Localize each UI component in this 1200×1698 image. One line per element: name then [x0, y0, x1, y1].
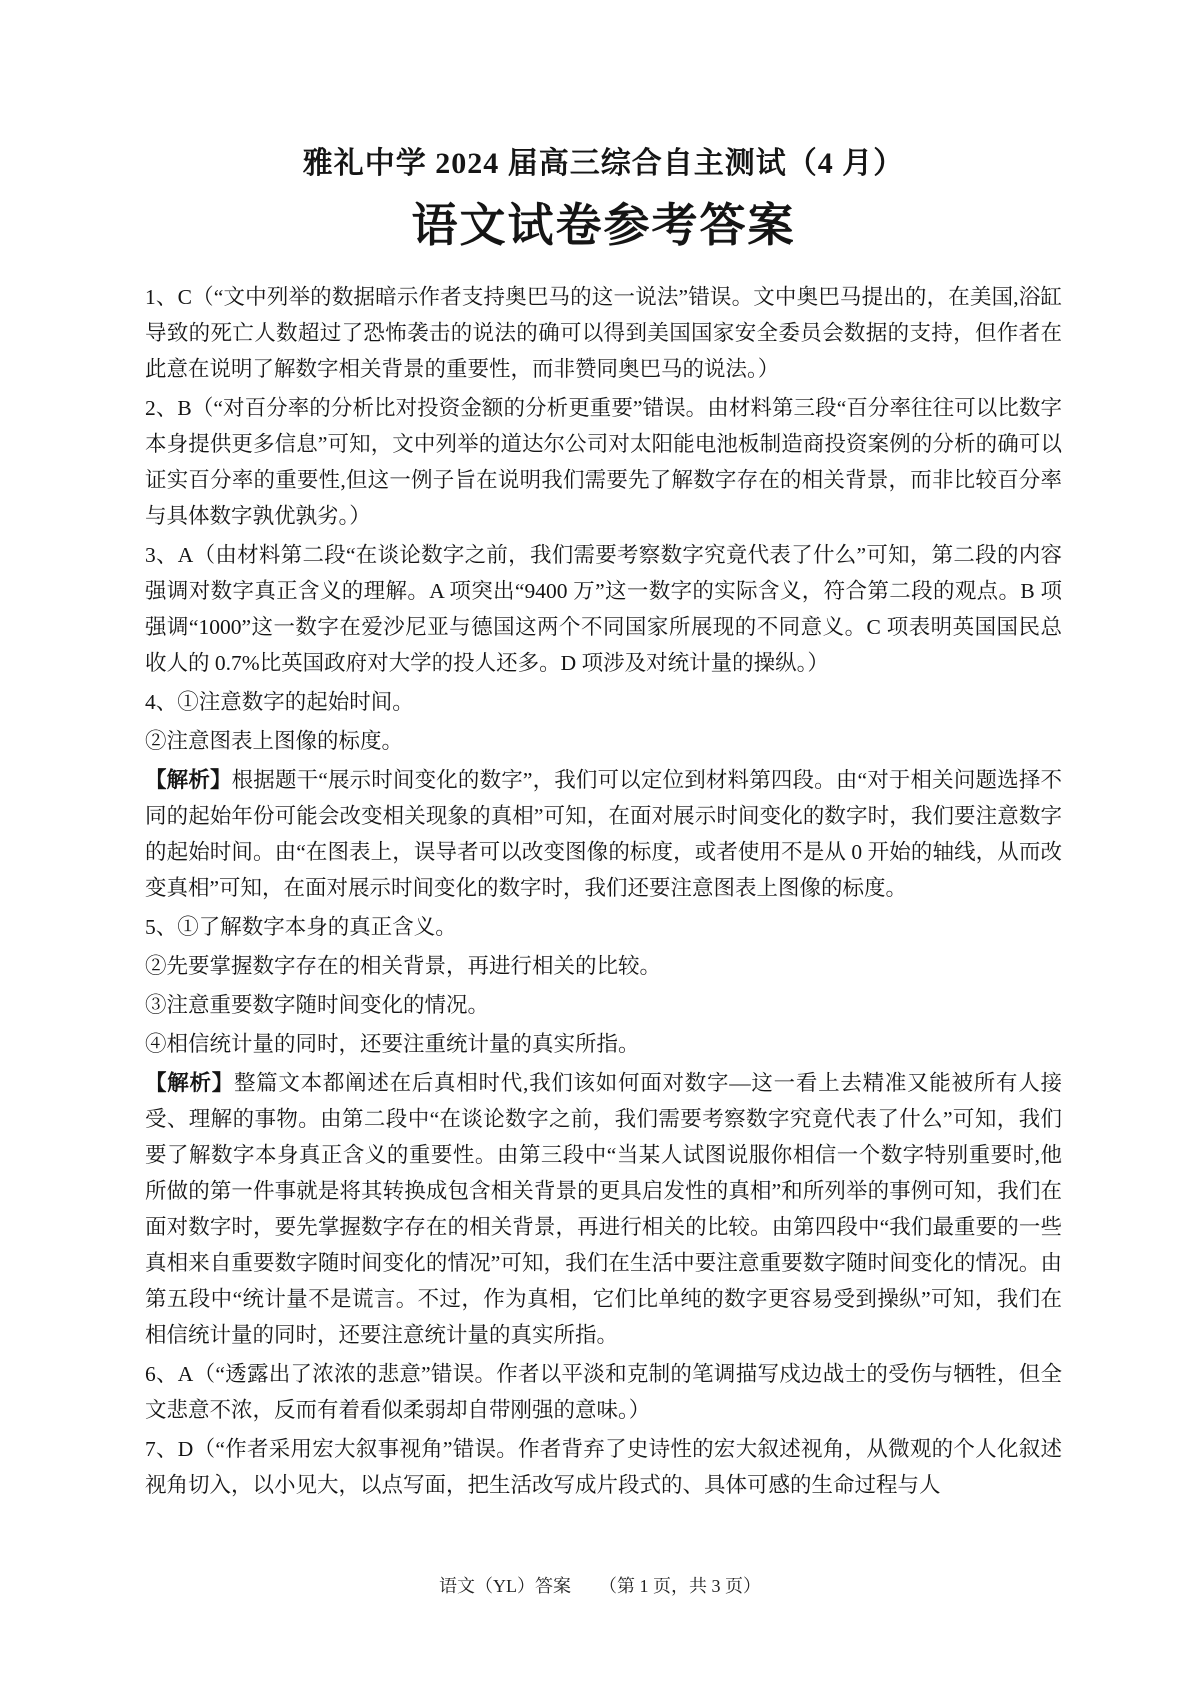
answer-paragraph: 3、A（由材料第二段“在谈论数字之前，我们需要考察数字究竟代表了什么”可知，第二…	[145, 537, 1062, 681]
answer-text: 整篇文本都阐述在后真相时代,我们该如何面对数字—这一看上去精准又能被所有人接受、…	[145, 1071, 1062, 1347]
answer-body: 1、C（“文中列举的数据暗示作者支持奥巴马的这一说法”错误。文中奥巴马提出的，在…	[145, 279, 1062, 1503]
answer-text: 根据题干“展示时间变化的数字”，我们可以定位到材料第四段。由“对于相关问题选择不…	[145, 768, 1062, 900]
answer-paragraph: ②先要掌握数字存在的相关背景，再进行相关的比较。	[145, 948, 1062, 984]
answer-text: 1、C（“文中列举的数据暗示作者支持奥巴马的这一说法”错误。文中奥巴马提出的，在…	[145, 285, 1062, 381]
answer-paragraph: ④相信统计量的同时，还要注重统计量的真实所指。	[145, 1026, 1062, 1062]
answer-paragraph: 6、A（“透露出了浓浓的悲意”错误。作者以平淡和克制的笔调描写戍边战士的受伤与牺…	[145, 1356, 1062, 1428]
footer-page-label: （第 1 页，共 3 页）	[599, 1576, 761, 1596]
answer-paragraph: 4、①注意数字的起始时间。	[145, 684, 1062, 720]
answer-paragraph: 【解析】整篇文本都阐述在后真相时代,我们该如何面对数字—这一看上去精准又能被所有…	[145, 1065, 1062, 1353]
analysis-label: 【解析】	[145, 1071, 234, 1095]
answer-paragraph: ③注意重要数字随时间变化的情况。	[145, 987, 1062, 1023]
answer-text: 2、B（“对百分率的分析比对投资金额的分析更重要”错误。由材料第三段“百分率往往…	[145, 396, 1062, 528]
answer-text: 3、A（由材料第二段“在谈论数字之前，我们需要考察数字究竟代表了什么”可知，第二…	[145, 543, 1062, 675]
page-footer: 语文（YL）答案（第 1 页，共 3 页）	[0, 1572, 1200, 1598]
answer-paragraph: 2、B（“对百分率的分析比对投资金额的分析更重要”错误。由材料第三段“百分率往往…	[145, 390, 1062, 534]
answer-text: 6、A（“透露出了浓浓的悲意”错误。作者以平淡和克制的笔调描写戍边战士的受伤与牺…	[145, 1362, 1062, 1422]
footer-doc-label: 语文（YL）答案	[439, 1576, 571, 1596]
answer-paragraph: ②注意图表上图像的标度。	[145, 723, 1062, 759]
answer-text: 4、①注意数字的起始时间。	[145, 690, 414, 714]
answer-text: ②注意图表上图像的标度。	[145, 729, 403, 753]
answer-text: 7、D（“作者采用宏大叙事视角”错误。作者背弃了史诗性的宏大叙述视角，从微观的个…	[145, 1437, 1062, 1497]
answer-text: 5、①了解数字本身的真正含义。	[145, 915, 457, 939]
answer-text: ③注意重要数字随时间变化的情况。	[145, 993, 489, 1017]
document-page: 雅礼中学 2024 届高三综合自主测试（4 月） 语文试卷参考答案 1、C（“文…	[0, 0, 1200, 1698]
answer-paragraph: 【解析】根据题干“展示时间变化的数字”，我们可以定位到材料第四段。由“对于相关问…	[145, 762, 1062, 906]
answer-paragraph: 7、D（“作者采用宏大叙事视角”错误。作者背弃了史诗性的宏大叙述视角，从微观的个…	[145, 1431, 1062, 1503]
analysis-label: 【解析】	[145, 768, 232, 792]
answer-text: ②先要掌握数字存在的相关背景，再进行相关的比较。	[145, 954, 661, 978]
answer-paragraph: 5、①了解数字本身的真正含义。	[145, 909, 1062, 945]
answer-paragraph: 1、C（“文中列举的数据暗示作者支持奥巴马的这一说法”错误。文中奥巴马提出的，在…	[145, 279, 1062, 387]
page-title: 雅礼中学 2024 届高三综合自主测试（4 月）	[145, 146, 1062, 182]
answer-text: ④相信统计量的同时，还要注重统计量的真实所指。	[145, 1032, 640, 1056]
page-subtitle: 语文试卷参考答案	[145, 200, 1062, 253]
